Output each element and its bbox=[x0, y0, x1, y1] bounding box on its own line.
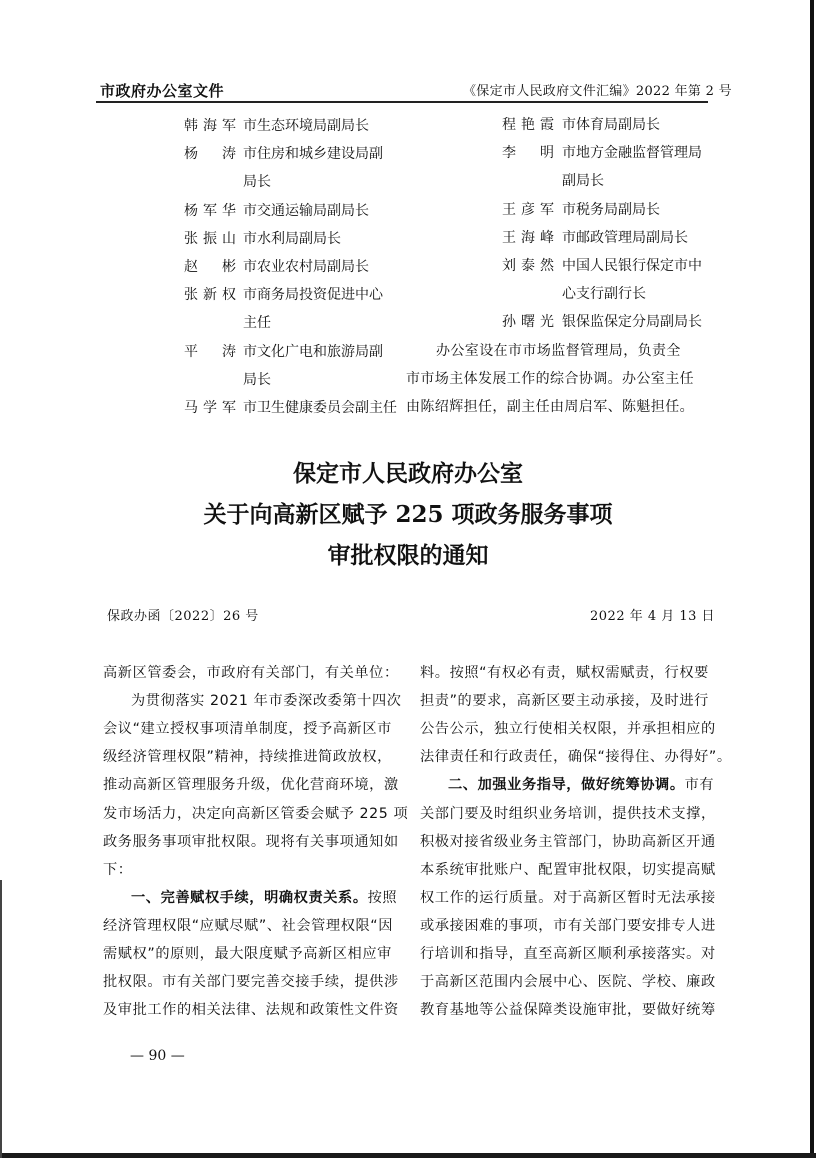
member-title: 市体育局副局长 bbox=[562, 116, 660, 134]
body-line: 需赋权”的原则，最大限度赋予高新区相应审 bbox=[103, 945, 392, 963]
body-line: 担责”的要求，高新区要主动承接，及时进行 bbox=[420, 692, 709, 710]
body-text: 市有 bbox=[685, 777, 715, 793]
body-text: 推动高新区管理服务升级，优化营商环境，激 bbox=[103, 777, 399, 793]
member-name: 王彦军 bbox=[502, 201, 554, 219]
body-line: 本系统审批账户、配置审批权限，切实提高赋 bbox=[420, 861, 716, 879]
member-name: 马学军 bbox=[184, 399, 236, 417]
member-title: 市交通运输局副局长 bbox=[243, 202, 369, 220]
member-name: 杨军华 bbox=[184, 202, 236, 220]
body-line: 会议“建立授权事项清单制度，授予高新区市 bbox=[103, 720, 392, 738]
body-text: 按照 bbox=[368, 890, 398, 906]
body-text: 经济管理权限“应赋尽赋”、社会管理权限“因 bbox=[103, 918, 393, 934]
body-line: 一、完善赋权手续，明确权责关系。按照 bbox=[131, 889, 397, 907]
member-title: 市地方金融监督管理局 bbox=[562, 144, 702, 162]
member-title: 市卫生健康委员会副主任 bbox=[243, 399, 397, 417]
office-note-line: 由陈绍辉担任，副主任由周启军、陈魁担任。 bbox=[406, 398, 694, 416]
member-title: 市住房和城乡建设局副 bbox=[243, 145, 383, 163]
body-text: 关部门要及时组织业务培训，提供技术支撑， bbox=[420, 806, 716, 822]
member-title: 副局长 bbox=[562, 172, 604, 190]
section-heading: 一、完善赋权手续，明确权责关系。 bbox=[131, 890, 368, 906]
member-title: 局长 bbox=[243, 173, 271, 191]
member-name: 刘泰然 bbox=[502, 257, 554, 275]
body-line: 行培训和指导，直至高新区顺利承接落实。对 bbox=[420, 945, 716, 963]
body-line: 积极对接省级业务主管部门，协助高新区开通 bbox=[420, 833, 716, 851]
member-title: 银保监保定分局副局长 bbox=[562, 313, 702, 331]
body-text: 于高新区范围内会展中心、医院、学校、廉政 bbox=[420, 974, 716, 990]
member-title: 市邮政管理局副局长 bbox=[562, 229, 688, 247]
member-name: 程艳霞 bbox=[502, 116, 554, 134]
member-name: 李 明 bbox=[502, 144, 554, 162]
body-line: 关部门要及时组织业务培训，提供技术支撑， bbox=[420, 805, 716, 823]
member-name: 杨 涛 bbox=[184, 145, 236, 163]
running-header-publication: 《保定市人民政府文件汇编》2022 年第 2 号 bbox=[463, 80, 732, 99]
body-line: 批权限。市有关部门要完善交接手续，提供涉 bbox=[103, 973, 399, 991]
body-text: 担责”的要求，高新区要主动承接，及时进行 bbox=[420, 693, 709, 709]
notice-title-line-3: 审批权限的通知 bbox=[0, 537, 816, 570]
member-name: 赵 彬 bbox=[184, 258, 236, 276]
member-name: 张新权 bbox=[184, 286, 236, 304]
body-line: 公告公示，独立行使相关权限，并承担相应的 bbox=[420, 720, 716, 738]
body-text: 及审批工作的相关法律、法规和政策性文件资 bbox=[103, 1002, 399, 1018]
member-name: 孙曙光 bbox=[502, 313, 554, 331]
scan-edge-right bbox=[810, 0, 814, 1158]
body-text: 或承接困难的事项，市有关部门要安排专人进 bbox=[420, 918, 716, 934]
scan-edge-bottom bbox=[0, 1153, 816, 1158]
body-line: 法律责任和行政责任，确保“接得住、办得好”。 bbox=[420, 748, 732, 766]
member-title: 局长 bbox=[243, 371, 271, 389]
header-rule bbox=[96, 101, 708, 103]
body-line: 推动高新区管理服务升级，优化营商环境，激 bbox=[103, 776, 399, 794]
body-line: 权工作的运行质量。对于高新区暂时无法承接 bbox=[420, 889, 716, 907]
member-name: 韩海军 bbox=[184, 117, 236, 135]
body-text: 行培训和指导，直至高新区顺利承接落实。对 bbox=[420, 946, 716, 962]
member-title: 市生态环境局副局长 bbox=[243, 117, 369, 135]
body-text: 下： bbox=[103, 862, 133, 878]
body-text: 公告公示，独立行使相关权限，并承担相应的 bbox=[420, 721, 716, 737]
office-note-line: 办公室设在市市场监督管理局，负责全 bbox=[436, 342, 681, 360]
body-text: 高新区管委会，市政府有关部门，有关单位： bbox=[103, 665, 399, 681]
body-text: 需赋权”的原则，最大限度赋予高新区相应审 bbox=[103, 946, 392, 962]
member-title: 市文化广电和旅游局副 bbox=[243, 343, 383, 361]
member-title: 市商务局投资促进中心 bbox=[243, 286, 383, 304]
body-line: 高新区管委会，市政府有关部门，有关单位： bbox=[103, 664, 399, 682]
body-text: 级经济管理权限”精神，持续推进简政放权， bbox=[103, 749, 392, 765]
office-note-line: 市市场主体发展工作的综合协调。办公室主任 bbox=[406, 370, 694, 388]
body-text: 本系统审批账户、配置审批权限，切实提高赋 bbox=[420, 862, 716, 878]
body-line: 政务服务事项审批权限。现将有关事项通知如 bbox=[103, 833, 399, 851]
member-title: 市税务局副局长 bbox=[562, 201, 660, 219]
notice-title-line-1: 保定市人民政府办公室 bbox=[0, 455, 816, 488]
body-text: 发市场活力，决定向高新区管委会赋予 225 项 bbox=[103, 806, 408, 822]
body-line: 教育基地等公益保障类设施审批，要做好统筹 bbox=[420, 1001, 716, 1019]
body-line: 或承接困难的事项，市有关部门要安排专人进 bbox=[420, 917, 716, 935]
body-text: 为贯彻落实 2021 年市委深改委第十四次 bbox=[131, 693, 402, 709]
document-date: 2022 年 4 月 13 日 bbox=[590, 605, 715, 624]
body-text: 料。按照“有权必有责，赋权需赋责，行权要 bbox=[420, 665, 709, 681]
body-line: 为贯彻落实 2021 年市委深改委第十四次 bbox=[131, 692, 402, 710]
member-title: 市农业农村局副局长 bbox=[243, 258, 369, 276]
page-number: — 90 — bbox=[130, 1048, 185, 1064]
document-number: 保政办函〔2022〕26 号 bbox=[107, 605, 259, 624]
notice-title-line-2: 关于向高新区赋予 225 项政务服务事项 bbox=[0, 496, 816, 529]
running-header-section: 市政府办公室文件 bbox=[100, 80, 224, 101]
body-line: 料。按照“有权必有责，赋权需赋责，行权要 bbox=[420, 664, 709, 682]
member-title: 主任 bbox=[243, 314, 271, 332]
body-line: 发市场活力，决定向高新区管委会赋予 225 项 bbox=[103, 805, 408, 823]
member-title: 市水利局副局长 bbox=[243, 230, 341, 248]
body-text: 教育基地等公益保障类设施审批，要做好统筹 bbox=[420, 1002, 716, 1018]
body-line: 及审批工作的相关法律、法规和政策性文件资 bbox=[103, 1001, 399, 1019]
scan-edge-left bbox=[0, 880, 2, 1158]
body-text: 会议“建立授权事项清单制度，授予高新区市 bbox=[103, 721, 392, 737]
member-title: 中国人民银行保定市中 bbox=[562, 257, 702, 275]
body-line: 于高新区范围内会展中心、医院、学校、廉政 bbox=[420, 973, 716, 991]
body-text: 法律责任和行政责任，确保“接得住、办得好”。 bbox=[420, 749, 732, 765]
body-line: 级经济管理权限”精神，持续推进简政放权， bbox=[103, 748, 392, 766]
member-name: 王海峰 bbox=[502, 229, 554, 247]
body-line: 下： bbox=[103, 861, 133, 879]
body-line: 二、加强业务指导，做好统筹协调。市有 bbox=[448, 776, 714, 794]
member-name: 平 涛 bbox=[184, 343, 236, 361]
body-text: 批权限。市有关部门要完善交接手续，提供涉 bbox=[103, 974, 399, 990]
section-heading: 二、加强业务指导，做好统筹协调。 bbox=[448, 777, 685, 793]
member-title: 心支行副行长 bbox=[562, 285, 646, 303]
body-text: 积极对接省级业务主管部门，协助高新区开通 bbox=[420, 834, 716, 850]
body-text: 政务服务事项审批权限。现将有关事项通知如 bbox=[103, 834, 399, 850]
body-text: 权工作的运行质量。对于高新区暂时无法承接 bbox=[420, 890, 716, 906]
body-line: 经济管理权限“应赋尽赋”、社会管理权限“因 bbox=[103, 917, 393, 935]
member-name: 张振山 bbox=[184, 230, 236, 248]
